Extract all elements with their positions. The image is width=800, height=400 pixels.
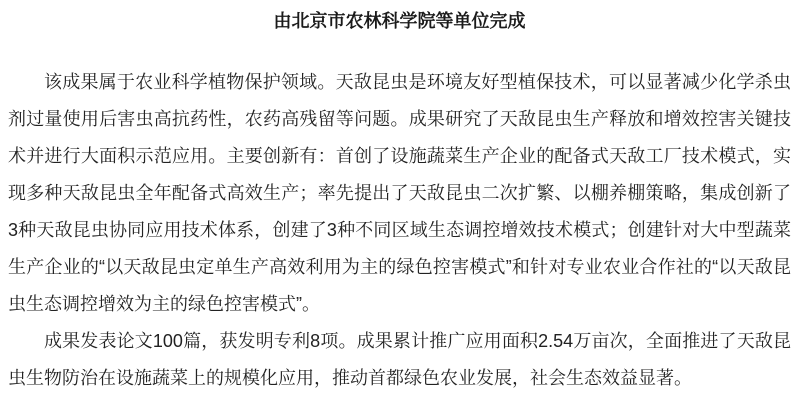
document-title: 由北京市农林科学院等单位完成 <box>8 3 791 40</box>
document-page: 由北京市农林科学院等单位完成 该成果属于农业科学植物保护领域。天敌昆虫是环境友好… <box>0 0 800 400</box>
paragraph-overview: 该成果属于农业科学植物保护领域。天敌昆虫是环境友好型植保技术，可以显著减少化学杀… <box>8 64 791 323</box>
paragraph-results: 成果发表论文100篇，获发明专利8项。成果累计推广应用面积2.54万亩次，全面推… <box>8 323 791 397</box>
